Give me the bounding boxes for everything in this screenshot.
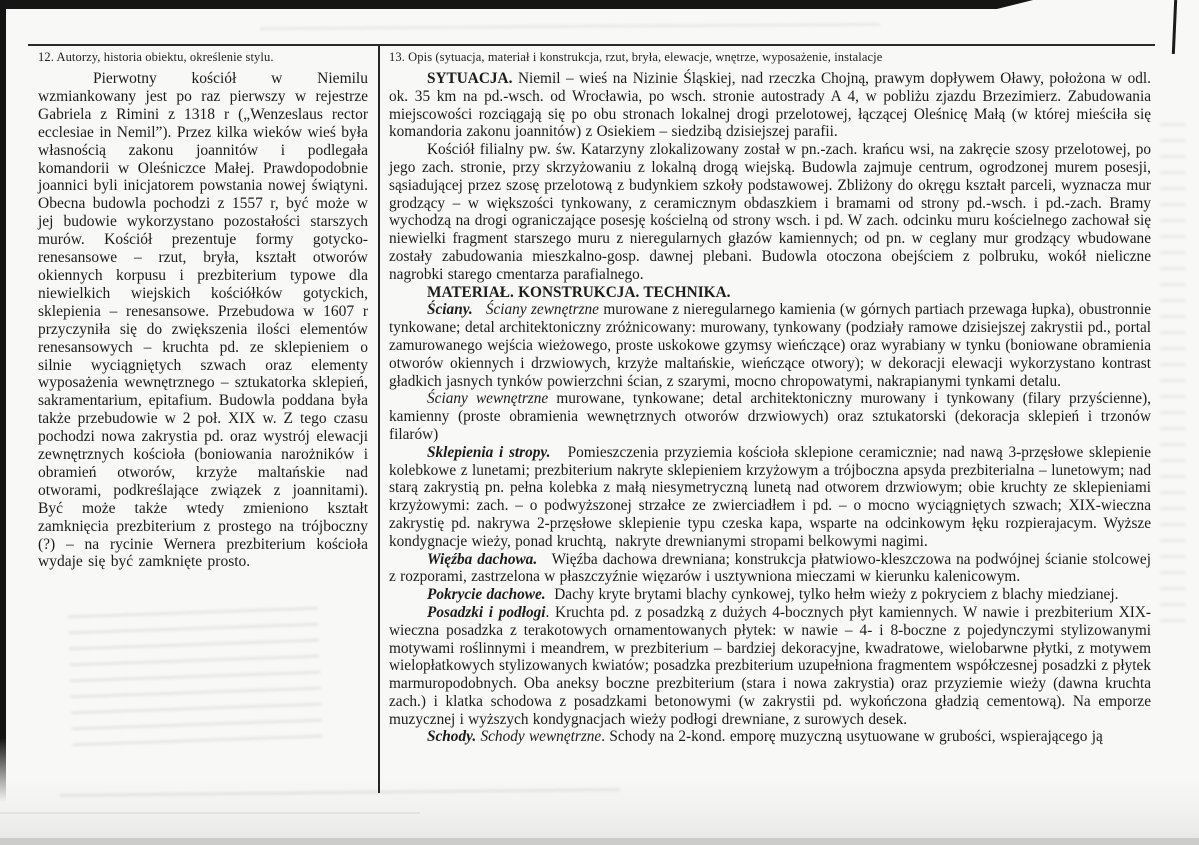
paragraph: Posadzki i podłogi. Kruchta pd. z posadz… [389,604,1151,729]
scanned-document-page: 12. Autorzy, historia obiektu, określeni… [0,0,1199,845]
section-13-description: 13. Opis (sytuacja, materiał i konstrukc… [389,50,1151,746]
text-segment: MATERIAŁ. KONSTRUKCJA. TECHNIKA. [427,284,730,301]
scan-edge-top [0,0,1033,9]
text-segment [473,301,486,318]
header-rule [28,44,1155,46]
bleedthrough-ghost-bottom [60,775,620,801]
text-segment: Ściany. [427,301,473,318]
paragraph: Więźba dachowa. Więźba dachowa drewniana… [389,551,1151,587]
paragraph: Kościół filialny pw. św. Katarzyny zloka… [389,141,1151,283]
text-segment: Pokrycie dachowe. [427,586,546,603]
section-12-body: Pierwotny kościół w Niemilu wzmiankowany… [38,70,368,571]
text-segment: Sklepienia i stropy. [427,444,550,461]
section-13-header: 13. Opis (sytuacja, materiał i konstrukc… [389,50,1151,65]
paragraph: Pokrycie dachowe. Dachy kryte brytami bl… [389,586,1151,604]
text-segment: Schody wewnętrzne [480,728,601,745]
scan-edge-bottom [0,838,1199,845]
bleedthrough-ghost-right-margin [1160,110,1186,630]
column-divider [378,46,380,793]
text-segment: Posadzki i podłogi [427,604,546,621]
scan-edge-left [0,0,6,802]
section-12-header: 12. Autorzy, historia obiektu, określeni… [38,50,368,65]
paragraph: Pierwotny kościół w Niemilu wzmiankowany… [38,70,368,571]
text-segment: Ściany zewnętrzne [486,301,599,318]
text-segment: SYTUACJA. [427,70,512,87]
text-segment: Dachy kryte brytami blachy cynkowej, tyl… [546,586,1119,603]
section-12-authors-history: 12. Autorzy, historia obiektu, określeni… [38,50,368,571]
paragraph: Ściany wewnętrzne murowane, tynkowane; d… [389,390,1151,443]
text-segment: Więźba dachowa. [427,551,537,568]
paper-crease [0,812,420,814]
paragraph: Schody. Schody wewnętrzne. Schody na 2-k… [389,728,1151,746]
bleedthrough-ghost-top [260,10,880,36]
paragraph: Sklepienia i stropy. Pomieszczenia przyz… [389,444,1151,551]
text-segment: Ściany wewnętrzne [427,390,548,407]
section-13-body: SYTUACJA. Niemil – wieś na Nizinie Śląsk… [389,70,1151,746]
paragraph: MATERIAŁ. KONSTRUKCJA. TECHNIKA. [389,284,1151,302]
paragraph: Ściany. Ściany zewnętrzne murowane z nie… [389,301,1151,390]
scan-edge-corner-right [1172,0,1177,54]
bleedthrough-ghost-left [67,594,322,753]
text-segment: Kościół filialny pw. św. Katarzyny zloka… [389,141,1151,283]
text-segment: . Schody na 2-kond. emporę muzyczną usyt… [601,728,1103,745]
text-segment: Schody. [427,728,476,745]
text-segment: . Kruchta pd. z posadzką z dużych 4-bocz… [389,604,1151,728]
text-segment: Pierwotny kościół w Niemilu wzmiankowany… [38,70,368,570]
paragraph: SYTUACJA. Niemil – wieś na Nizinie Śląsk… [389,70,1151,141]
